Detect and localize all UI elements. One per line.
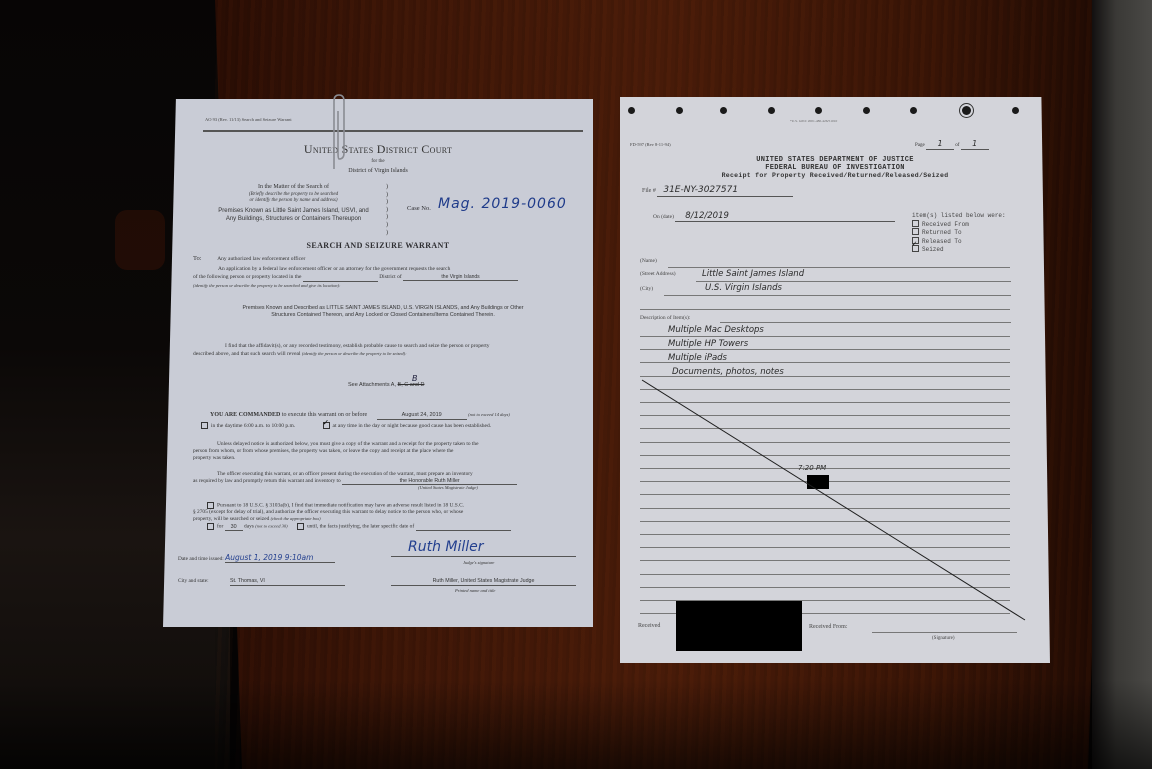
received-label: Received [638, 623, 660, 630]
ruled-line [640, 455, 1010, 456]
redaction-box-received [676, 601, 802, 651]
fbi-receipt-document: *U.S. GPO: 2001-480-426/51010 FD-597 (Re… [620, 97, 1050, 663]
disposition-checkbox[interactable] [912, 228, 919, 235]
printed-name: Ruth Miller, United States Magistrate Ju… [391, 578, 576, 586]
attachments-text: See Attachments A, [348, 382, 396, 388]
blank-line [640, 309, 1010, 310]
punch-hole [815, 107, 822, 114]
affidavit-text: described above, and that such search wi… [193, 351, 301, 357]
ruled-line [640, 415, 1010, 416]
ruled-line [640, 402, 1010, 403]
case-number-value: Mag. 2019-0060 [438, 196, 567, 214]
file-number-line: File # 31E-NY-3027571 [642, 185, 793, 197]
attachments-line: See Attachments A, B, C and D B [348, 382, 424, 389]
search-warrant-document: AO 93 (Rev. 11/13) Search and Seizure Wa… [163, 99, 593, 627]
page-indicator: Page 1 of 1 [915, 139, 989, 150]
until-label: until, the facts justifying, the later s… [307, 524, 414, 530]
seized-item: Multiple Mac Desktops [668, 325, 764, 335]
attachments-struck: B, C and D [398, 382, 425, 388]
affidavit-instruction: (identify the person or describe the pro… [302, 351, 407, 356]
delayed-notice-2: person from whom, or from whose premises… [193, 448, 578, 455]
disposition-option: Returned To [912, 228, 1006, 237]
city-value: U.S. Virgin Islands [705, 283, 782, 293]
application-line-1: An application by a federal law enforcem… [218, 266, 450, 273]
commanded-bold: YOU ARE COMMANDED [210, 412, 280, 418]
to-value: Any authorized law enforcement officer [217, 256, 305, 262]
date-issued-label: Date and time issued: [178, 556, 224, 562]
form-id: FD-597 (Rev 8-11-94) [630, 142, 671, 147]
gpo-text: *U.S. GPO: 2001-480-426/51010 [790, 119, 837, 123]
ruled-line [640, 508, 1010, 509]
ruled-line [640, 494, 1010, 495]
punch-hole [910, 107, 917, 114]
inventory-to: the Honorable Ruth Miller [342, 478, 517, 486]
case-number-label: Case No. [407, 205, 431, 213]
city-line [664, 295, 1011, 296]
punch-hole [676, 107, 683, 114]
date-issued-value: August 1, 2019 9:10am [225, 553, 335, 563]
city-label: (City) [640, 286, 653, 293]
delayed-notice-paragraph: Unless delayed notice is authorized belo… [193, 441, 578, 461]
anytime-option: at any time in the day or night because … [333, 423, 492, 429]
attachments-handwritten: B [412, 374, 418, 384]
page-total: 1 [961, 139, 989, 150]
background-object [115, 210, 165, 270]
registration-mark-icon [962, 106, 971, 115]
days-value: 30 [225, 524, 243, 532]
street-line [696, 281, 1011, 282]
disposition-option: Released To [912, 237, 1006, 246]
received-from-label: Received From: [809, 624, 848, 631]
right-edge-background [1092, 0, 1152, 769]
inventory-2: as required by law and promptly return t… [193, 478, 341, 484]
disposition-option-label: Seized [922, 246, 944, 253]
date-issued-line: Date and time issued: August 1, 2019 9:1… [178, 553, 335, 563]
ruled-line [640, 547, 1010, 548]
inventory-to-caption: (United States Magistrate Judge) [193, 485, 578, 491]
ruled-line [640, 534, 1010, 535]
description-line [720, 322, 1011, 323]
warrant-title: SEARCH AND SEIZURE WARRANT [163, 241, 593, 251]
paper-clip [330, 93, 348, 173]
disposition-option-label: Released To [922, 238, 962, 245]
punch-hole [720, 107, 727, 114]
commanded-line: YOU ARE COMMANDED to execute this warran… [210, 412, 510, 420]
district-name: District of Virgin Islands [163, 168, 593, 176]
daytime-option: in the daytime 6:00 a.m. to 10:00 p.m. [211, 423, 295, 429]
matter-heading: In the Matter of the Search of [201, 184, 386, 192]
redaction-box [807, 475, 829, 489]
seized-item: Documents, photos, notes [672, 367, 784, 377]
parenthesis-column: ))))))) [386, 184, 394, 237]
disposition-checkbox[interactable] [912, 245, 919, 252]
signature-line [391, 556, 576, 557]
premises-described-1: Premises Known and Described as LITTLE S… [193, 305, 573, 312]
pursuant-paragraph: Pursuant to 18 U.S.C. § 3103a(b), I find… [193, 502, 578, 531]
execution-time-options: in the daytime 6:00 a.m. to 10:00 p.m. a… [201, 422, 491, 430]
for-label: for [217, 524, 223, 530]
pursuant-1: Pursuant to 18 U.S.C. § 3103a(b), I find… [217, 503, 464, 509]
to-line: To: Any authorized law enforcement offic… [193, 255, 305, 263]
date-value: 8/12/2019 [675, 211, 895, 222]
pursuant-2: § 2705 (except for delay of trial), and … [193, 509, 578, 516]
application-line-2: of the following person or property loca… [193, 274, 518, 282]
district-of-value: the Virgin Islands [403, 274, 518, 281]
commanded-date: August 24, 2019 [377, 412, 467, 420]
inventory-1: The officer executing this warrant, or a… [193, 471, 578, 478]
pursuant-instruction: (check the appropriate box) [271, 516, 321, 521]
delayed-notice-1: Unless delayed notice is authorized belo… [193, 441, 578, 448]
name-line [668, 267, 1010, 268]
ruled-line [640, 336, 1010, 337]
ruled-line [640, 587, 1010, 588]
date-line: On (date) 8/12/2019 [653, 211, 895, 222]
matter-instruction-2: or identify the person by name and addre… [201, 198, 386, 204]
until-date-blank [416, 524, 511, 532]
days-note: (not to exceed 30) [255, 524, 287, 529]
street-value: Little Saint James Island [702, 269, 804, 279]
affidavit-line-2: described above, and that such search wi… [193, 351, 407, 358]
district-blank [303, 274, 378, 282]
file-label: File # [642, 188, 656, 194]
for-the: for the [163, 159, 593, 165]
header-receipt: Receipt for Property Received/Returned/R… [620, 172, 1050, 180]
disposition-label: item(s) listed below were: [912, 212, 1006, 220]
disposition-option: Received From [912, 220, 1006, 229]
date-label: On (date) [653, 214, 674, 220]
disposition-option: Seized [912, 245, 1006, 254]
ruled-line [640, 442, 1010, 443]
ruled-line [640, 349, 1010, 350]
printed-name-caption: Printed name and title [455, 588, 495, 594]
ruled-line [640, 560, 1010, 561]
file-number-value: 31E-NY-3027571 [657, 185, 793, 197]
to-label: To: [193, 255, 202, 262]
until-checkbox[interactable] [297, 523, 304, 530]
commanded-note: (not to exceed 14 days) [468, 412, 510, 417]
pursuant-checkbox[interactable] [207, 502, 214, 509]
form-id: AO 93 (Rev. 11/13) Search and Seizure Wa… [205, 117, 292, 123]
street-label: (Street Address) [640, 271, 676, 278]
court-title: United States District Court [163, 142, 593, 157]
punch-hole [863, 107, 870, 114]
delayed-notice-3: property was taken. [193, 455, 578, 462]
identify-instruction: (identify the person or describe the pro… [193, 283, 341, 289]
punch-hole [1012, 107, 1019, 114]
judge-signature: Ruth Miller [408, 539, 484, 557]
application-text: of the following person or property loca… [193, 274, 301, 280]
header-rule [203, 130, 583, 132]
seized-item: Multiple iPads [668, 353, 727, 363]
disposition-option-label: Received From [922, 221, 969, 228]
inventory-paragraph: The officer executing this warrant, or a… [193, 471, 578, 491]
punch-hole [628, 107, 635, 114]
time-note: 7:20 PM [798, 464, 826, 472]
of-label: of [955, 143, 959, 148]
signature-caption: Judge's signature [463, 560, 494, 566]
pursuant-3: property, will be searched or seized [193, 516, 269, 522]
district-of-label: District of [379, 274, 401, 280]
signature-caption: (Signature) [932, 636, 955, 642]
page-label: Page [915, 143, 925, 148]
city-state-value: St. Thomas, VI [230, 578, 345, 586]
seized-item: Multiple HP Towers [668, 339, 748, 349]
ruled-line [640, 521, 1010, 522]
disposition-option-label: Returned To [922, 229, 962, 236]
affidavit-line-1: I find that the affidavit(s), or any rec… [225, 343, 490, 350]
city-state-label: City and state: [178, 578, 209, 584]
for-days-checkbox[interactable] [207, 523, 214, 530]
disposition-checkbox[interactable] [912, 220, 919, 227]
matter-block: In the Matter of the Search of (Briefly … [201, 184, 386, 223]
daytime-checkbox[interactable] [201, 422, 208, 429]
city-state-line: City and state: St. Thomas, VI [178, 578, 345, 586]
ruled-line [640, 574, 1010, 575]
bottom-shadow [0, 680, 1152, 769]
anytime-checkbox[interactable] [323, 422, 330, 429]
premises-described-2: Structures Contained Thereon, and Any Lo… [193, 312, 573, 319]
received-from-signature-line [872, 632, 1017, 633]
ruled-line [640, 428, 1010, 429]
days-label: days [244, 524, 254, 530]
name-label: (Name) [640, 258, 657, 265]
strike-diagonal-line [620, 97, 1050, 663]
ruled-line [640, 389, 1010, 390]
matter-premises-1: Premises Known as Little Saint James Isl… [201, 208, 386, 216]
premises-described: Premises Known and Described as LITTLE S… [193, 305, 573, 318]
punch-hole [768, 107, 775, 114]
description-label: Description of Item(s): [640, 315, 690, 322]
matter-premises-2: Any Buildings, Structures or Containers … [201, 216, 386, 224]
disposition-options: item(s) listed below were: Received From… [912, 212, 1006, 254]
page-number: 1 [926, 139, 954, 150]
